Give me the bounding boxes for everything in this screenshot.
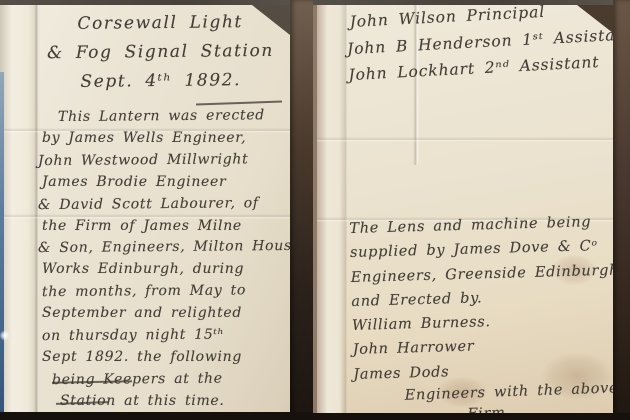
- handwriting-line: Sept 1892. the following: [42, 347, 301, 369]
- handwriting-line: & Son, Engineers, Milton House: [38, 236, 301, 260]
- handwriting-line: the Firm of James Milne: [42, 216, 301, 238]
- handwriting-line: the months, from May to: [42, 280, 301, 304]
- light-glint: [0, 330, 9, 341]
- handwriting-line: Sept. 4ᵗʰ 1892.: [40, 66, 281, 98]
- handwriting-line: & David Scott Labourer, of: [38, 192, 301, 216]
- lens-paragraph: The Lens and machine being supplied by J…: [349, 210, 622, 388]
- handwriting-line: Works Edinburgh, during: [42, 259, 301, 281]
- frame-top: [313, 0, 630, 5]
- right-photo: John Wilson Principal John B Henderson 1…: [313, 0, 630, 420]
- handwriting-line: September and relighted: [42, 303, 301, 325]
- frame-bottom: [313, 413, 630, 420]
- case-edge-reflection: [0, 72, 4, 412]
- paper-crease: [317, 137, 613, 142]
- frame-right: [290, 0, 313, 420]
- handwriting-line: on thursday night 15ᵗʰ: [42, 324, 301, 348]
- frame-bottom: [0, 412, 313, 420]
- handwriting-line: & Fog Signal Station: [40, 37, 281, 69]
- handwriting-line: being Keepers at the: [52, 368, 301, 392]
- handwriting-line: John Westwood Millwright: [38, 149, 301, 173]
- frame-right: [613, 0, 630, 420]
- handwriting-line: Corsewall Light: [40, 8, 281, 40]
- page-body: This Lantern was erected by James Wells …: [42, 106, 301, 413]
- photo-composite: Corsewall Light & Fog Signal Station Sep…: [0, 0, 630, 420]
- paper-edge: [317, 5, 347, 413]
- handwriting-line: James Brodie Engineer: [42, 172, 301, 194]
- left-photo: Corsewall Light & Fog Signal Station Sep…: [0, 0, 313, 420]
- frame-top: [0, 0, 313, 5]
- handwriting-line: by James Wells Engineer,: [42, 128, 301, 150]
- handwriting-line: This Lantern was erected: [58, 105, 301, 129]
- page-heading: Corsewall Light & Fog Signal Station Sep…: [40, 8, 282, 98]
